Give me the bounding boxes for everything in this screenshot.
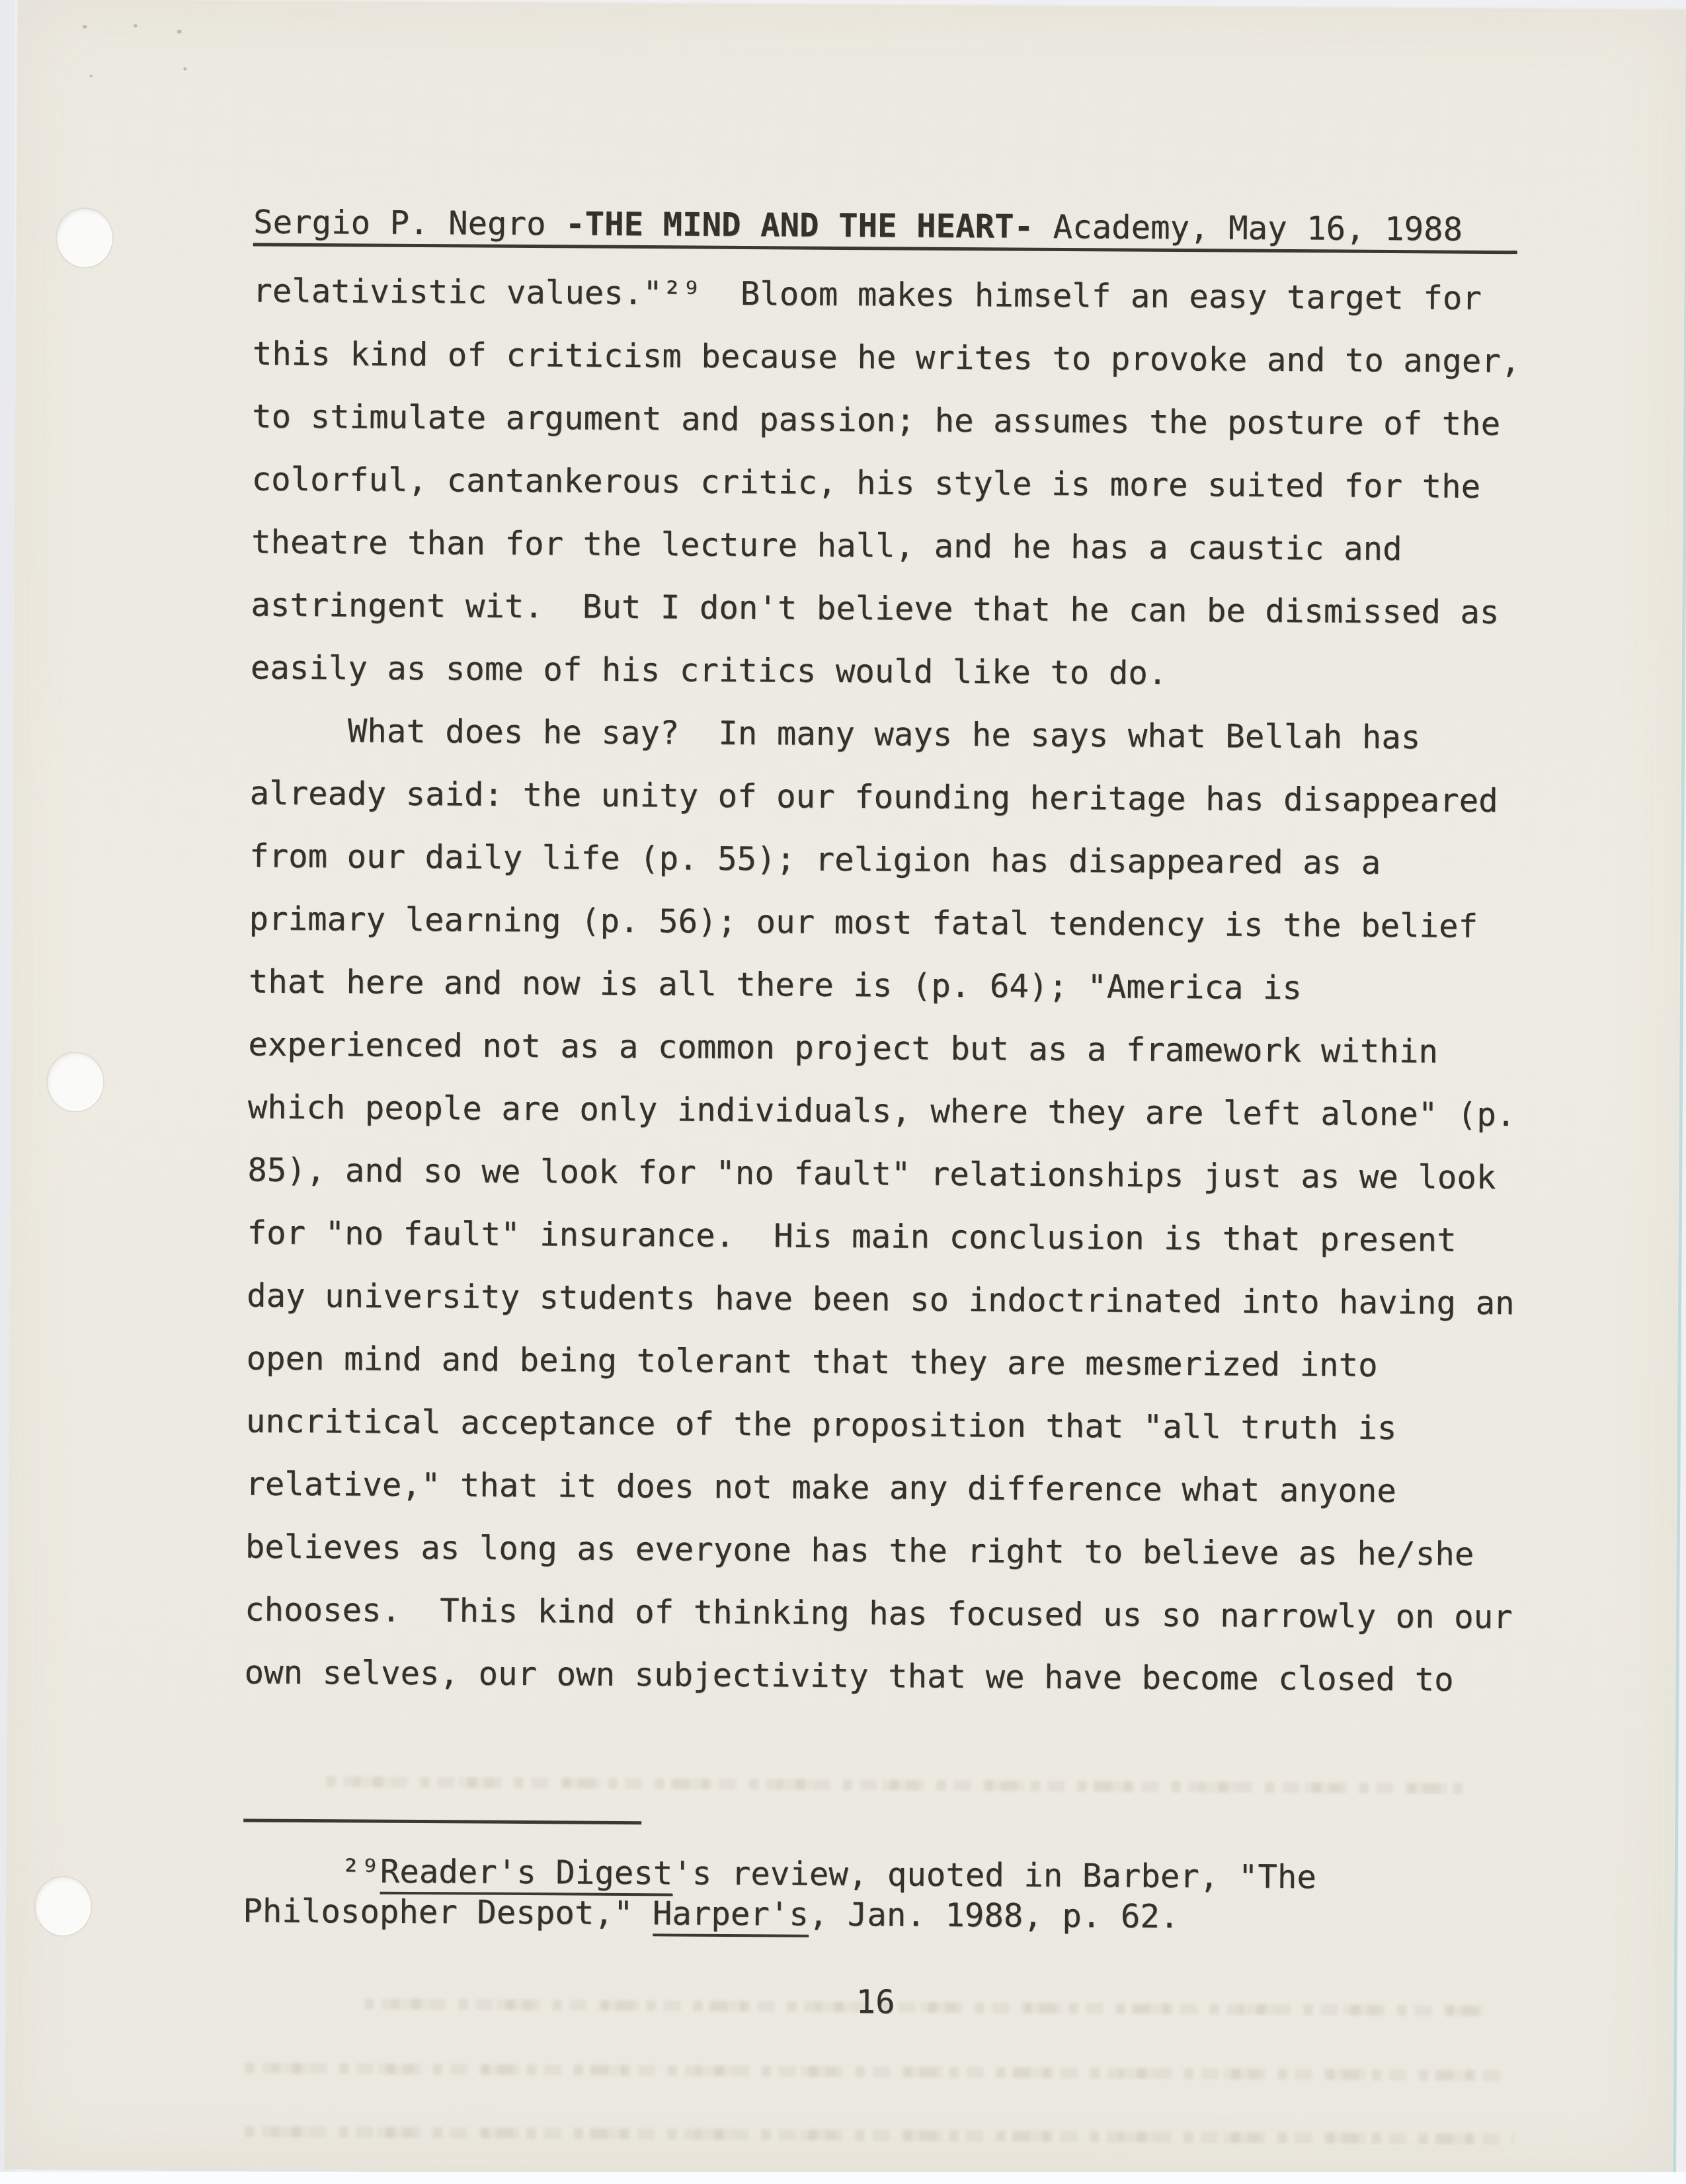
paper-speck <box>177 30 182 34</box>
body-line: experienced not as a common project but … <box>248 1013 1571 1083</box>
body-line: uncritical acceptance of the proposition… <box>246 1389 1569 1460</box>
body-line: astringent wit. But I don't believe that… <box>251 573 1574 644</box>
punch-hole-bottom <box>35 1877 91 1936</box>
footnote-source-harpers: Harper's <box>653 1894 809 1937</box>
footnote-separator <box>243 1818 641 1824</box>
scanned-page-background: Sergio P. Negro -THE MIND AND THE HEART-… <box>0 0 1686 2184</box>
document-page: Sergio P. Negro -THE MIND AND THE HEART-… <box>4 0 1686 2180</box>
document-body: relativistic values."²⁹ Bloom makes hims… <box>244 259 1575 1711</box>
paper-speck <box>134 24 138 27</box>
footnote: ²⁹Reader's Digest's review, quoted in Ba… <box>243 1850 1566 1939</box>
body-line: this kind of criticism because he writes… <box>252 322 1575 393</box>
body-line: from our daily life (p. 55); religion ha… <box>249 824 1572 895</box>
bleed-through-marks <box>245 2062 1502 2081</box>
footnote-number: ²⁹ <box>341 1852 380 1890</box>
body-line: open mind and being tolerant that they a… <box>246 1327 1569 1397</box>
bleed-through-marks <box>327 1776 1464 1794</box>
body-line: that here and now is all there is (p. 64… <box>249 950 1572 1021</box>
paper-speck <box>89 75 93 77</box>
footnote-line: Philosopher Despot," Harper's, Jan. 1988… <box>243 1891 1565 1939</box>
document-header: Sergio P. Negro -THE MIND AND THE HEART-… <box>253 208 1517 254</box>
header-publication-date: Academy, May 16, 1988 <box>1033 208 1463 249</box>
scanner-edge-bottom <box>0 2172 1686 2184</box>
body-line: relative," that it does not make any dif… <box>245 1452 1568 1523</box>
header-title: -THE MIND AND THE HEART- <box>565 205 1033 245</box>
header-author: Sergio P. Negro <box>253 203 565 243</box>
body-line: own selves, our own subjectivity that we… <box>244 1641 1567 1711</box>
body-line: to stimulate argument and passion; he as… <box>252 385 1575 455</box>
body-line: for "no fault" insurance. His main concl… <box>247 1201 1570 1272</box>
footnote-text: , Jan. 1988, p. 62. <box>809 1896 1180 1935</box>
punch-hole-top <box>57 209 113 268</box>
body-line: 85), and so we look for "no fault" relat… <box>247 1138 1570 1209</box>
body-line: believes as long as everyone has the rig… <box>245 1515 1568 1586</box>
body-line: What does he say? In many ways he says w… <box>250 699 1573 769</box>
body-line: day university students have been so ind… <box>247 1264 1570 1335</box>
footnote-text: Philosopher Despot," <box>243 1892 653 1932</box>
body-line: easily as some of his critics would like… <box>251 636 1574 707</box>
paper-speck <box>83 25 87 28</box>
punch-hole-middle <box>48 1053 104 1112</box>
body-line: primary learning (p. 56); our most fatal… <box>249 887 1572 958</box>
body-line: chooses. This kind of thinking has focus… <box>245 1578 1568 1649</box>
footnote-source-readers-digest: Reader's Digest <box>380 1853 673 1896</box>
footnote-text: 's review, quoted in Barber, "The <box>672 1854 1316 1896</box>
body-line: theatre than for the lecture hall, and h… <box>251 510 1574 581</box>
body-line: colorful, cantankerous critic, his style… <box>251 448 1574 518</box>
bleed-through-marks <box>245 2126 1514 2144</box>
body-line: already said: the unity of our founding … <box>249 761 1572 832</box>
body-line: relativistic values."²⁹ Bloom makes hims… <box>253 259 1576 330</box>
body-line: which people are only individuals, where… <box>248 1075 1571 1146</box>
paper-speck <box>183 67 186 71</box>
